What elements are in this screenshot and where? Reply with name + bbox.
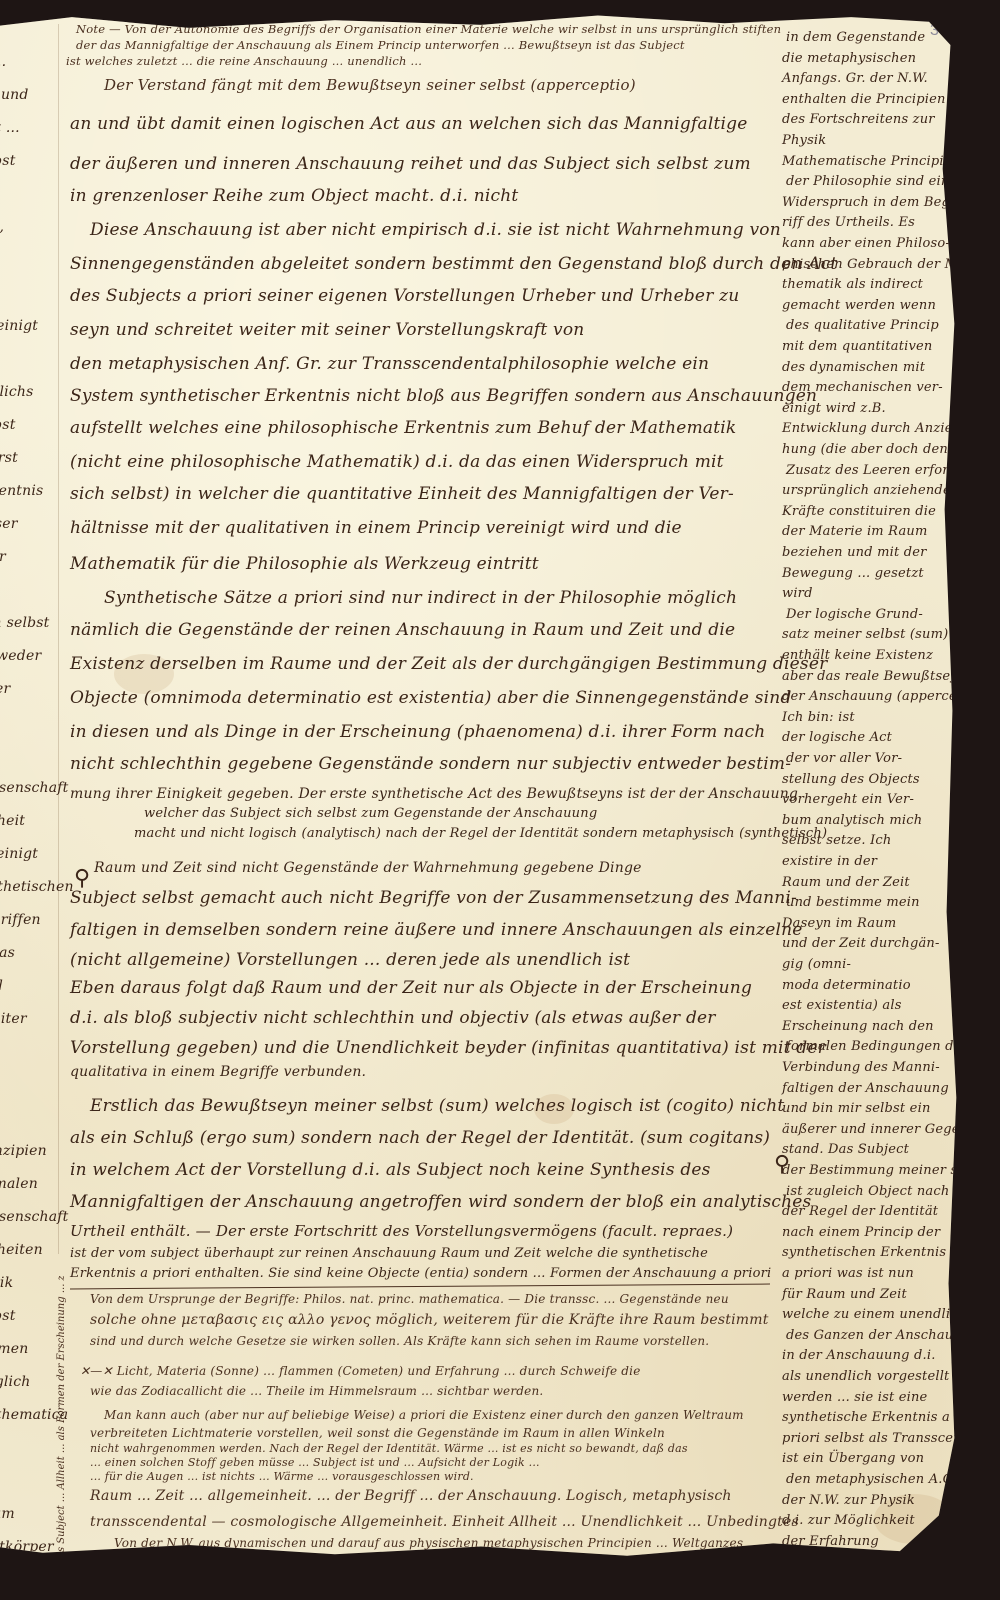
- margin-note-line: des Fortschreitens zur: [782, 112, 935, 127]
- margin-note-line: welche zu einem unendlichen: [782, 1307, 983, 1322]
- margin-note-line: Ich bin: ist: [782, 710, 855, 725]
- text-line: Urtheil enthält. — Der erste Fortschritt…: [70, 1222, 733, 1240]
- margin-note-line: des qualitative Princip: [786, 318, 939, 333]
- left-fragment-line: ... zuerst: [0, 450, 18, 466]
- margin-note-line: und bin mir selbst ein: [782, 1101, 931, 1116]
- footnote-line: ... für die Augen ... ist nichts ... Wär…: [90, 1470, 474, 1483]
- margin-note-line: in dem Gegenstande: [786, 30, 925, 45]
- left-fragment-line: ... Logik: [0, 1275, 13, 1291]
- left-fragment-line: ... Formen: [0, 1341, 28, 1357]
- footnote-line: wie das Zodiacallicht die ... Theile im …: [90, 1384, 543, 1398]
- margin-note-line: und der Zeit durchgän-: [782, 936, 940, 951]
- text-line: mung ihrer Einigkeit gegeben. Der erste …: [70, 786, 798, 802]
- margin-note-line: dem mechanischen ver-: [782, 380, 943, 395]
- left-fragment-line: ... etwas: [0, 945, 15, 961]
- footnote-line: nicht wahrgenommen werden. Nach der Rege…: [90, 1442, 688, 1455]
- footnote-line: ✕—✕ Licht, Materia (Sonne) ... flammen (…: [80, 1364, 641, 1378]
- margin-note-line: der Regel der Identität: [782, 1204, 938, 1219]
- margin-note-line: existire in der: [782, 854, 877, 869]
- margin-note-line: in der Anschauung d.i.: [782, 1348, 936, 1363]
- footnote-line: ... einen solchen Stoff geben müsse ... …: [90, 1456, 540, 1469]
- margin-note-line: bum analytisch mich: [782, 813, 922, 828]
- margin-note-line: vorhergeht ein Ver-: [782, 792, 914, 807]
- margin-note-line: mit dem quantitativen: [782, 339, 932, 354]
- margin-note-line: Entwicklung durch Anzie-: [782, 421, 957, 436]
- left-fragment-line: ... formalen: [0, 1176, 38, 1192]
- margin-note-line: a priori was ist nun: [782, 1266, 914, 1281]
- left-fragment-line: ... Prinzipien: [0, 1143, 47, 1159]
- left-fragment-line: ... Mathematica: [0, 1407, 68, 1423]
- text-line: (nicht eine philosophische Mathematik) d…: [70, 452, 724, 472]
- text-line: in grenzenloser Reihe zum Object macht. …: [70, 186, 518, 206]
- margin-note-line: der Erfahrung: [782, 1534, 879, 1549]
- left-fragment-line: folgt ...: [0, 54, 6, 70]
- text-line: ist der vom subject überhaupt zur reinen…: [70, 1246, 708, 1261]
- margin-note-line: stellung des Objects: [782, 772, 920, 787]
- folio-number: 33: [930, 22, 950, 40]
- text-line: macht und nicht logisch (analytisch) nac…: [134, 826, 827, 841]
- margin-note-line: beziehen und mit der: [782, 545, 927, 560]
- left-fragment-line: ... synthetischen: [0, 879, 74, 895]
- insertion-line: ist welches zuletzt ... die reine Anscha…: [66, 54, 422, 68]
- text-line: welcher das Subject sich selbst zum Gege…: [144, 806, 597, 821]
- margin-note-line: Daseyn im Raum: [782, 916, 896, 931]
- insertion-line: der das Mannigfaltige der Anschauung als…: [76, 38, 685, 52]
- margin-note-line: als unendlich vorgestellt: [782, 1369, 949, 1384]
- text-line: Mathematik für die Philosophie als Werkz…: [70, 554, 539, 574]
- margin-note-line: einigt wird z.B.: [782, 401, 886, 416]
- margin-note-line: der vor aller Vor-: [786, 751, 902, 766]
- margin-note-line: des Ganzen der Anschauung: [786, 1328, 979, 1343]
- margin-note-line: hung (die aber doch den: [782, 442, 948, 457]
- text-line: Mannigfaltigen der Anschauung angetroffe…: [70, 1192, 811, 1212]
- margin-note-line: Zusatz des Leeren erfordert): [786, 463, 982, 478]
- margin-note-line: enthalten die Principien: [782, 92, 946, 107]
- text-line: an und übt damit einen logischen Act aus…: [70, 114, 747, 134]
- margin-note-line: stand. Das Subject: [782, 1142, 909, 1157]
- margin-note-line: Physik: [782, 133, 826, 148]
- margin-note-line: der Anschauung (apperceptio): [782, 689, 988, 704]
- left-fragment-line: ... Erkentnis: [0, 483, 43, 499]
- text-line: Raum und Zeit sind nicht Gegenstände der…: [94, 860, 642, 876]
- text-line: Erkentnis a priori enthalten. Sie sind k…: [70, 1266, 771, 1281]
- text-line: Objecte (omnimoda determinatio est exist…: [70, 688, 792, 708]
- left-fragment-line: ... sich selbst: [0, 615, 50, 631]
- text-line: (nicht allgemeine) Vorstellungen ... der…: [70, 950, 630, 970]
- left-fragment-line: ... vereinigt: [0, 846, 38, 862]
- text-line: Eben daraus folgt daß Raum und der Zeit …: [70, 978, 752, 998]
- footnote-line: Von der N.W. aus dynamischen und darauf …: [114, 1536, 743, 1550]
- margin-note-line: ist zugleich Object nach: [786, 1184, 949, 1199]
- left-fragment-line: ... vereinigt: [0, 318, 38, 334]
- margin-note-line: synthetischen Erkentnis: [782, 1245, 946, 1260]
- margin-note-line: der N.W. zur Physik: [782, 1493, 915, 1508]
- margin-note-line: gig (omni-: [782, 957, 851, 972]
- margin-note-line: enthält keine Existenz: [782, 648, 933, 663]
- margin-note-line: priori selbst als Transscendental-: [782, 1431, 1000, 1446]
- margin-note-line: die metaphysischen: [782, 51, 916, 66]
- margin-note-line: für Raum und Zeit: [782, 1287, 907, 1302]
- margin-note-line: thematik als indirect: [782, 277, 923, 292]
- insertion-mark-icon: ⚲: [774, 1152, 790, 1177]
- insertion-line: Der Verstand fängt mit dem Bewußtseyn se…: [104, 76, 636, 94]
- footnote-line: Man kann auch (aber nur auf beliebige We…: [104, 1408, 744, 1422]
- left-fragment-line: ... gen,: [0, 219, 4, 235]
- text-line: seyn und schreitet weiter mit seiner Vor…: [70, 320, 584, 340]
- margin-note-line: synthetische Erkentnis a: [782, 1410, 950, 1425]
- left-fragment-line: ... selbst: [0, 1308, 16, 1324]
- left-fragment-line: ... möglich: [0, 1374, 30, 1390]
- section-divider: [70, 1284, 770, 1290]
- margin-note-line: der Philosophie sind ein: [786, 174, 949, 189]
- margin-note-line: est existentia) als: [782, 998, 902, 1013]
- margin-note-line: ursprünglich anziehende: [782, 483, 951, 498]
- margin-note-line: selbst setze. Ich: [782, 833, 891, 848]
- left-fragment-line: ... Begriffen: [0, 912, 41, 928]
- text-line: Synthetische Sätze a priori sind nur ind…: [104, 588, 737, 608]
- insertion-mark-icon: ⚲: [74, 866, 90, 891]
- left-fragment-line: ... zweiter: [0, 1011, 27, 1027]
- footnote-line: macht die Existenz der Dinge im Raum. Da…: [90, 1568, 669, 1581]
- footnote-line: sind und durch welche Gesetze sie wirken…: [90, 1334, 709, 1348]
- text-line: Erstlich das Bewußtseyn meiner selbst (s…: [90, 1096, 784, 1116]
- text-line: System synthetischer Erkentnis nicht blo…: [70, 386, 817, 406]
- margin-note-line: Verbindung des Manni-: [782, 1060, 940, 1075]
- footnote-line: Von dem Ursprunge der Begriffe: Philos. …: [90, 1292, 729, 1306]
- margin-note-line: den metaphysischen A.Gr.: [786, 1472, 963, 1487]
- margin-note-line: kann aber einen Philoso-: [782, 236, 950, 251]
- text-line: sich selbst) in welcher die quantitative…: [70, 484, 734, 504]
- left-fragment-line: = x ist ...: [0, 120, 20, 136]
- margin-note-line: faltigen der Anschauung: [782, 1081, 949, 1096]
- left-fragment-line: ... selbst: [0, 417, 16, 433]
- left-fragment-line: ... Wissenschaft: [0, 1209, 69, 1225]
- text-line: faltigen in demselben sondern reine äuße…: [70, 920, 803, 940]
- text-line: Existenz derselben im Raume und der Zeit…: [70, 654, 827, 674]
- text-line: Diese Anschauung ist aber nicht empirisc…: [90, 220, 781, 240]
- left-fragment-line: ... selbst: [0, 153, 16, 169]
- margin-note-line: und bestimme mein: [786, 895, 920, 910]
- text-line: der äußeren und inneren Anschauung reihe…: [70, 154, 751, 174]
- margin-note-line: äußerer und innerer Gegen-: [782, 1122, 973, 1137]
- margin-note-line: Kräfte constituiren die: [782, 504, 936, 519]
- text-line: den metaphysischen Anf. Gr. zur Transsce…: [70, 354, 709, 374]
- fold-line: [58, 24, 59, 1254]
- footnote-line: transscendental — cosmologische Allgemei…: [90, 1514, 799, 1530]
- margin-note-line: Erscheinung nach den: [782, 1019, 934, 1034]
- margin-note-line: Widerspruch in dem Beg-: [782, 195, 955, 210]
- left-fragment-line: ... Einheit: [0, 813, 25, 829]
- margin-note-line: riff des Urtheils. Es: [782, 215, 915, 230]
- left-fragment-line: ... dieser: [0, 516, 18, 532]
- margin-note-line: d.i. zur Möglichkeit: [782, 1513, 915, 1528]
- margin-note-line: phischen Gebrauch der Ma-: [782, 257, 971, 272]
- text-line: des Subjects a priori seiner eigenen Vor…: [70, 286, 739, 306]
- text-line: Vorstellung gegeben) und die Unendlichke…: [70, 1038, 826, 1058]
- text-line: als ein Schluß (ergo sum) sondern nach d…: [70, 1128, 770, 1148]
- margin-note-line: Anfangs. Gr. der N.W.: [782, 71, 928, 86]
- margin-note-line: der Bestimmung meiner selbst: [782, 1163, 990, 1178]
- margin-note-line: nach einem Princip der: [782, 1225, 940, 1240]
- text-line: nicht schlechthin gegebene Gegenstände s…: [70, 754, 791, 774]
- text-line: d.i. als bloß subjectiv nicht schlechthi…: [70, 1008, 716, 1028]
- footnote-line: ... seiner Erzeugung enthält. — Materie …: [90, 1552, 727, 1566]
- insertion-line: Note — Von der Autonomie des Begriffs de…: [76, 22, 781, 36]
- margin-note-line: gemacht werden wenn: [782, 298, 936, 313]
- margin-note-line: Bewegung ... gesetzt: [782, 566, 924, 581]
- manuscript-page: 33 Note — Von der Autonomie des Begriffs…: [0, 14, 968, 1562]
- text-line: in diesen und als Dinge in der Erscheinu…: [70, 722, 765, 742]
- left-fragment-line: ... sind: [0, 978, 3, 994]
- margin-note-line: wird: [782, 586, 813, 601]
- margin-note-line: Mathematische Principien: [782, 154, 960, 169]
- margin-note-line: aber das reale Bewußtseyn: [782, 669, 966, 684]
- left-fragment-line: ... Weltkörper: [0, 1539, 54, 1555]
- margin-note-line: moda determinatio: [782, 978, 911, 993]
- margin-note-line: Raum und der Zeit: [782, 875, 910, 890]
- left-fragment-line: ... Raum: [0, 1506, 15, 1522]
- footnote-line: solche ohne μεταβασις εις αλλο γενος mög…: [90, 1312, 769, 1328]
- text-line: aufstellt welches eine philosophische Er…: [70, 418, 736, 438]
- margin-note-line: des dynamischen mit: [782, 360, 925, 375]
- margin-note-line: der Materie im Raum: [782, 524, 928, 539]
- left-fragment-line: ... einer: [0, 681, 10, 697]
- left-fragment-line: ... endlichs: [0, 384, 33, 400]
- text-line: Subject selbst gemacht auch nicht Begrif…: [70, 888, 797, 908]
- margin-note-line: formalen Bedingungen der: [786, 1039, 968, 1054]
- left-fragment-line: ... entweder: [0, 648, 41, 664]
- footnote-line: verbreiteten Lichtmaterie vorstellen, we…: [90, 1426, 665, 1440]
- margin-note-line: Der logische Grund-: [786, 607, 923, 622]
- margin-note-line: der logische Act: [782, 730, 892, 745]
- margin-note-line: werden ... sie ist eine: [782, 1390, 927, 1405]
- margin-note-line: satz meiner selbst (sum): [782, 627, 948, 642]
- text-line: in welchem Act der Vorstellung d.i. als …: [70, 1160, 711, 1180]
- margin-note-line: ist ein Übergang von: [782, 1451, 924, 1466]
- text-line: hältnisse mit der qualitativen in einem …: [70, 518, 682, 538]
- left-fragment-line: ... aller: [0, 549, 6, 565]
- left-fragment-line: ... Einheiten: [0, 1242, 43, 1258]
- footnote-line: Raum ... Zeit ... allgemeinheit. ... der…: [90, 1488, 732, 1504]
- left-fragment-line: ... Wissenschaft: [0, 780, 69, 796]
- left-fragment-line: Raum und: [0, 87, 29, 103]
- text-line: qualitativa in einem Begriffe verbunden.: [70, 1064, 366, 1080]
- text-line: Sinnengegenständen abgeleitet sondern be…: [70, 254, 837, 274]
- text-line: nämlich die Gegenstände der reinen Ansch…: [70, 620, 735, 640]
